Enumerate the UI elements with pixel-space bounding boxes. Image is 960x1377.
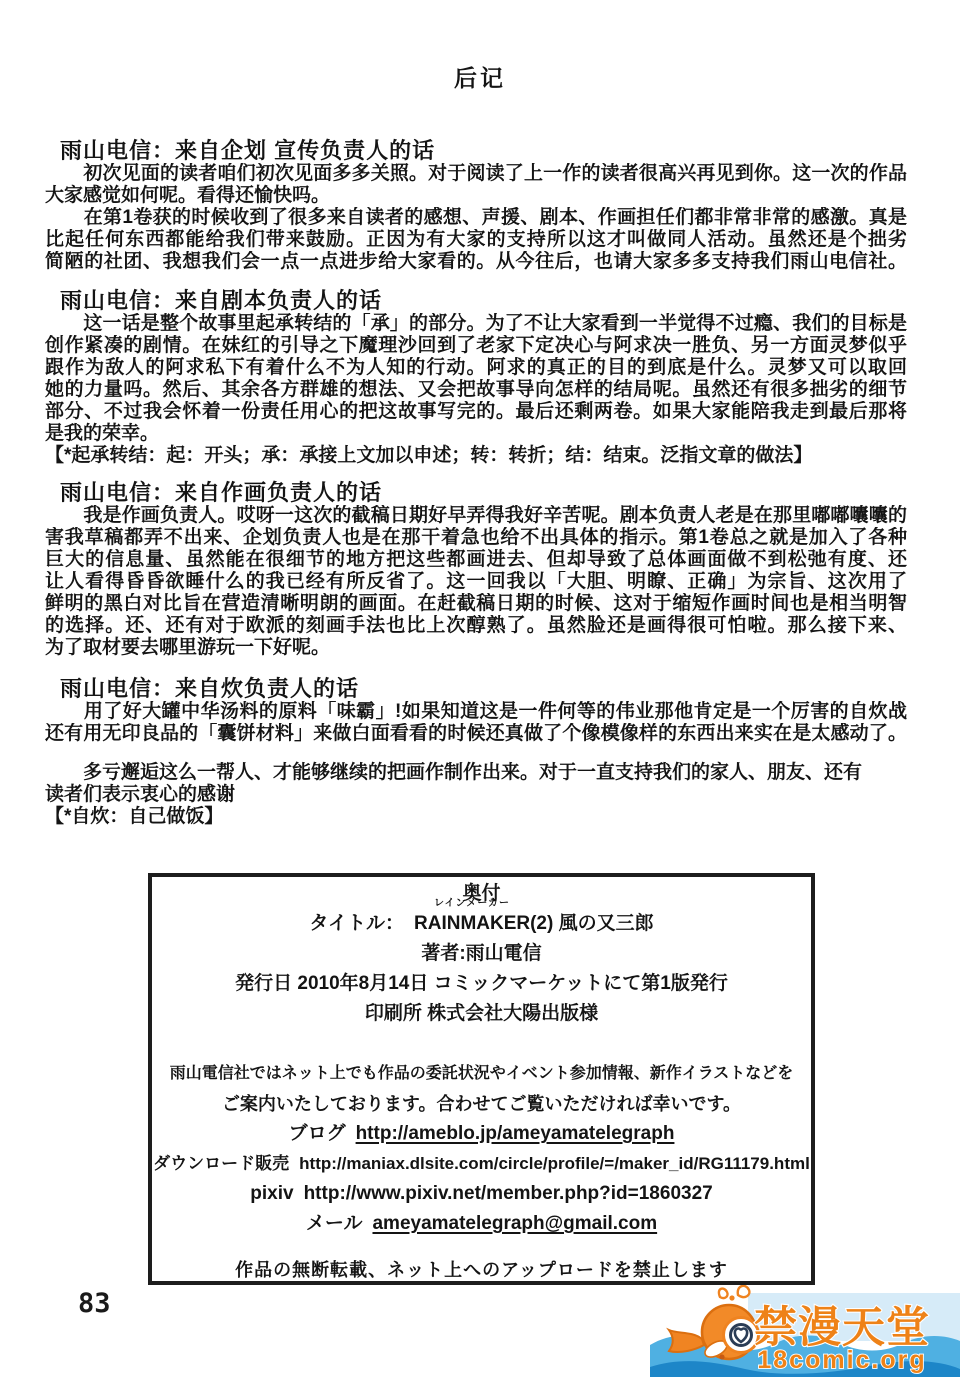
- colophon-box: 奥付 タイトル：レインメーカーRAINMAKER(2) 風の又三郎 著者:雨山電…: [148, 873, 815, 1285]
- email-address: ameyamatelegraph@gmail.com: [372, 1213, 657, 1234]
- text-line: 初次见面的读者咱们初次见面多多关照。对于阅读了上一作的读者很高兴再见到你。这一次…: [45, 163, 907, 185]
- section-cooking: 雨山电信：来自炊负责人的话 用了好大罐中华汤料的原料「味霸」!如果知道这是一件何…: [45, 677, 907, 745]
- text-line: 她的力量吗。然后、其余各方群雄的想法、又会把故事导向怎样的结局呢。虽然还有很多拙…: [45, 379, 907, 401]
- text-line: 为了取材要去哪里游玩一下好呢。: [45, 637, 907, 659]
- text-line: 还有用无印良品的「囊饼材料」来做白面看看的时候还真做了个像模像样的东西出来实在是…: [45, 723, 907, 745]
- colophon-publish-date: 発行日 2010年8月14日 コミックマーケットにて第1版発行: [235, 969, 728, 999]
- email-label: メール: [306, 1213, 363, 1234]
- reprint-notice: 作品の無断転載、ネット上へのアップロードを禁止します: [235, 1255, 728, 1285]
- pixiv-label: pixiv: [250, 1183, 293, 1204]
- section-heading: 雨山电信：来自炊负责人的话: [60, 677, 907, 701]
- section-heading: 雨山电信：来自作画负责人的话: [60, 481, 907, 505]
- title-romaji: レインメーカーRAINMAKER: [414, 909, 530, 939]
- text-line: 在第1卷获的时候收到了很多来自读者的感想、声援、剧本、作画担任们都非常非常的感激…: [45, 207, 907, 229]
- pixiv-url: http://www.pixiv.net/member.php?id=18603…: [304, 1183, 713, 1204]
- email-row: メールameyamatelegraph@gmail.com: [306, 1209, 657, 1239]
- footnote-line: 【*起承转结：起：开头；承：承接上文加以申述；转：转折；结：结束。泛指文章的做法…: [45, 445, 907, 467]
- watermark-site-url: 18comic.org: [757, 1346, 926, 1374]
- text-line: 巨大的信息量、虽然能在很细节的地方把这些都画进去、但却导致了总体画面做不到松弛有…: [45, 549, 907, 571]
- colophon-title: タイトル：レインメーカーRAINMAKER(2) 風の又三郎: [309, 909, 653, 939]
- text-line: 的选择。还、还有对于欧派的刻画手法也比上次醇熟了。虽然脸还是画得很可怕啦。那么接…: [45, 615, 907, 637]
- text-line: 多亏邂逅这么一帮人、才能够继续的把画作制作出来。对于一直支持我们的家人、朋友、还…: [45, 762, 907, 784]
- watermark-site-name: 禁漫天堂: [754, 1304, 930, 1352]
- section-heading: 雨山电信：来自企划 宣传负责人的话: [60, 139, 907, 163]
- text-line: 比起任何东西都能给我们带来鼓励。正因为有大家的支持所以这才叫做同人活动。虽然还是…: [45, 229, 907, 251]
- text-line: 这一话是整个故事里起承转结的「承」的部分。为了不让大家看到一半觉得不过瘾、我们的…: [45, 313, 907, 335]
- afterword-title: 后记: [0, 60, 960, 93]
- download-url: http://maniax.dlsite.com/circle/profile/…: [299, 1154, 810, 1173]
- page-number: 83: [78, 1288, 111, 1319]
- closing-thanks: 多亏邂逅这么一帮人、才能够继续的把画作制作出来。对于一直支持我们的家人、朋友、还…: [45, 762, 907, 828]
- text-line: 鲜明的黑白对比旨在营造清晰明朗的画面。在赶截稿日期的时候、这对于缩短作画时间也是…: [45, 593, 907, 615]
- download-row: ダウンロード販売http://maniax.dlsite.com/circle/…: [153, 1149, 810, 1179]
- section-heading: 雨山电信：来自剧本负责人的话: [60, 289, 907, 313]
- text-line: 简陋的社团、我想我们会一点一点进步给大家看的。从今往后，也请大家多多支持我们雨山…: [45, 251, 907, 273]
- footnote-line: 【*自炊：自己做饭】: [45, 806, 907, 828]
- blog-row: ブログhttp://ameblo.jp/ameyamatelegraph: [289, 1119, 675, 1149]
- download-label: ダウンロード販売: [153, 1154, 289, 1173]
- colophon-author: 著者:雨山電信: [421, 939, 541, 969]
- section-script: 雨山电信：来自剧本负责人的话 这一话是整个故事里起承转结的「承」的部分。为了不让…: [45, 289, 907, 467]
- text-line: 创作紧凑的剧情。在妹红的引导之下魔理沙回到了老家下定决心与阿求决一胜负、另一方面…: [45, 335, 907, 357]
- whale-mascot-icon: [669, 1286, 759, 1361]
- title-furigana: レインメーカー: [434, 899, 510, 909]
- section-art: 雨山电信：来自作画负责人的话 我是作画负责人。哎呀一这次的截稿日期好早弄得我好辛…: [45, 481, 907, 659]
- title-label: タイトル：: [309, 913, 404, 934]
- text-line: 大家感觉如何呢。看得还愉快吗。: [45, 185, 907, 207]
- title-base: RAINMAKER: [414, 913, 530, 934]
- text-line: 是我的荣幸。: [45, 423, 907, 445]
- text-line: 用了好大罐中华汤料的原料「味霸」!如果知道这是一件何等的伟业那他肯定是一个厉害的…: [45, 701, 907, 723]
- blog-label: ブログ: [289, 1123, 346, 1144]
- blog-url: http://ameblo.jp/ameyamatelegraph: [356, 1123, 675, 1144]
- section-planning: 雨山电信：来自企划 宣传负责人的话 初次见面的读者咱们初次见面多多关照。对于阅读…: [45, 139, 907, 273]
- colophon-printer: 印刷所 株式会社大陽出版様: [365, 999, 598, 1029]
- watermark-logo: 禁漫天堂 18comic.org: [650, 1285, 960, 1377]
- text-line: 部分、不过我会怀着一份责任用心的把这故事写完的。最后还剩两卷。如果大家能陪我走到…: [45, 401, 907, 423]
- colophon-info-line2: ご案内いたしております。合わせてご覧いただければ幸いです。: [222, 1089, 741, 1119]
- colophon-info-line1: 雨山電信社ではネット上でも作品の委託状況やイベント参加情報、新作イラストなどを: [170, 1059, 794, 1089]
- text-line: 害我草稿都弄不出来、企划负责人也是在那干着急也给不出具体的指示。第1卷总之就是加…: [45, 527, 907, 549]
- text-line: 让人看得昏昏欲睡什么的我已经有所反省了。这一回我以「大胆、明瞭、正确」为宗旨、这…: [45, 571, 907, 593]
- text-line: 读者们表示衷心的感谢: [45, 784, 907, 806]
- pixiv-row: pixivhttp://www.pixiv.net/member.php?id=…: [250, 1179, 712, 1209]
- text-line: 我是作画负责人。哎呀一这次的截稿日期好早弄得我好辛苦呢。剧本负责人老是在那里嘟嘟…: [45, 505, 907, 527]
- title-suffix: (2) 風の又三郎: [530, 913, 654, 934]
- text-line: 跟作为敌人的阿求私下有着什么不为人知的行动。阿求的真正的目的到底是什么。灵梦又可…: [45, 357, 907, 379]
